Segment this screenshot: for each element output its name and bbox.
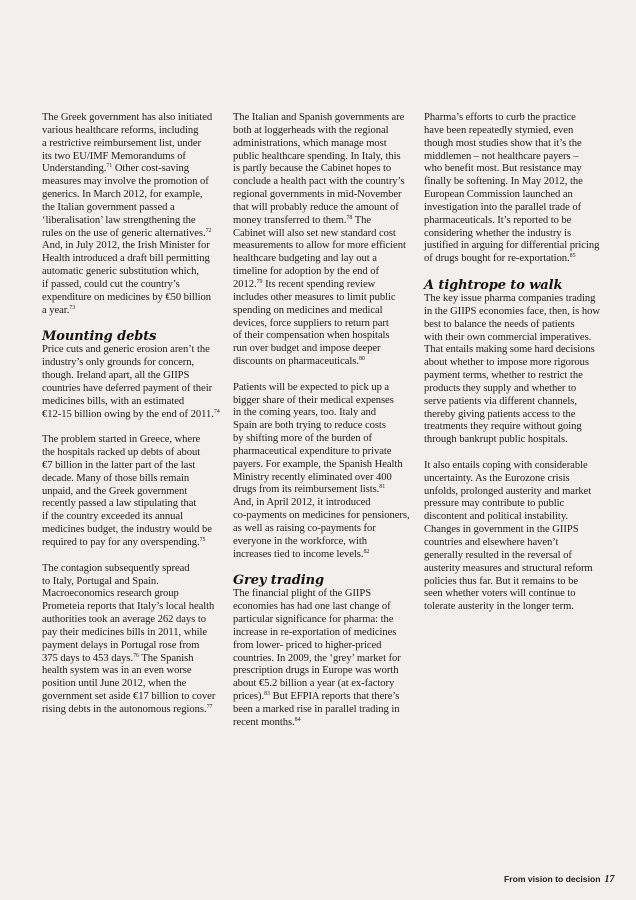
footnote-ref: 73	[69, 305, 75, 311]
footnote-ref: 80	[359, 356, 365, 362]
page-number: 17	[604, 874, 614, 885]
column-2: The Italian and Spanish governments are …	[233, 112, 419, 730]
paragraph-price-cuts: Price cuts and generic erosion aren’t th…	[42, 344, 228, 421]
footnote-ref: 75	[200, 537, 206, 543]
paragraph-pharma-efforts: Pharma’s efforts to curb the practice ha…	[424, 112, 614, 266]
paragraph-greece-problem: The problem started in Greece, where the…	[42, 434, 228, 550]
footnote-ref: 74	[214, 409, 220, 415]
paragraph-contagion: The contagion subsequently spread to Ita…	[42, 563, 228, 717]
paragraph-financial-plight: The financial plight of the GIIPS econom…	[233, 588, 419, 729]
text: The contagion subsequently spread to Ita…	[42, 563, 214, 664]
footer-title: From vision to decision	[504, 874, 600, 884]
column-1: The Greek government has also initiated …	[42, 112, 228, 717]
paragraph-greek-reforms: The Greek government has also initiated …	[42, 112, 228, 318]
footnote-ref: 84	[295, 717, 301, 723]
text: Other cost-saving measures may involve t…	[42, 163, 209, 238]
text: Patients will be expected to pick up a b…	[233, 382, 403, 496]
column-3: Pharma’s efforts to curb the practice ha…	[424, 112, 614, 614]
footnote-ref: 81	[379, 484, 385, 490]
page-footer: From vision to decision17	[504, 874, 614, 885]
text: The problem started in Greece, where the…	[42, 434, 212, 548]
heading-tightrope: A tightrope to walk	[424, 279, 614, 293]
footnote-ref: 82	[363, 549, 369, 555]
paragraph-uncertainty: It also entails coping with considerable…	[424, 460, 614, 614]
heading-grey-trading: Grey trading	[233, 574, 419, 588]
footnote-ref: 72	[206, 228, 212, 234]
text: Its recent spending review includes othe…	[233, 279, 396, 367]
text: Pharma’s efforts to curb the practice ha…	[424, 112, 599, 264]
text: And, in April 2012, it introduced co-pay…	[233, 497, 410, 559]
footnote-ref: 85	[570, 253, 576, 259]
paragraph-patients: Patients will be expected to pick up a b…	[233, 382, 419, 562]
footnote-ref: 77	[207, 704, 213, 710]
text: And, in July 2012, the Irish Minister fo…	[42, 240, 211, 315]
text: Price cuts and generic erosion aren’t th…	[42, 344, 214, 419]
paragraph-italian-spanish: The Italian and Spanish governments are …	[233, 112, 419, 369]
paragraph-key-issue: The key issue pharma companies trading i…	[424, 293, 614, 447]
text: The financial plight of the GIIPS econom…	[233, 588, 401, 702]
heading-mounting-debts: Mounting debts	[42, 330, 228, 344]
text: The Italian and Spanish governments are …	[233, 112, 405, 226]
